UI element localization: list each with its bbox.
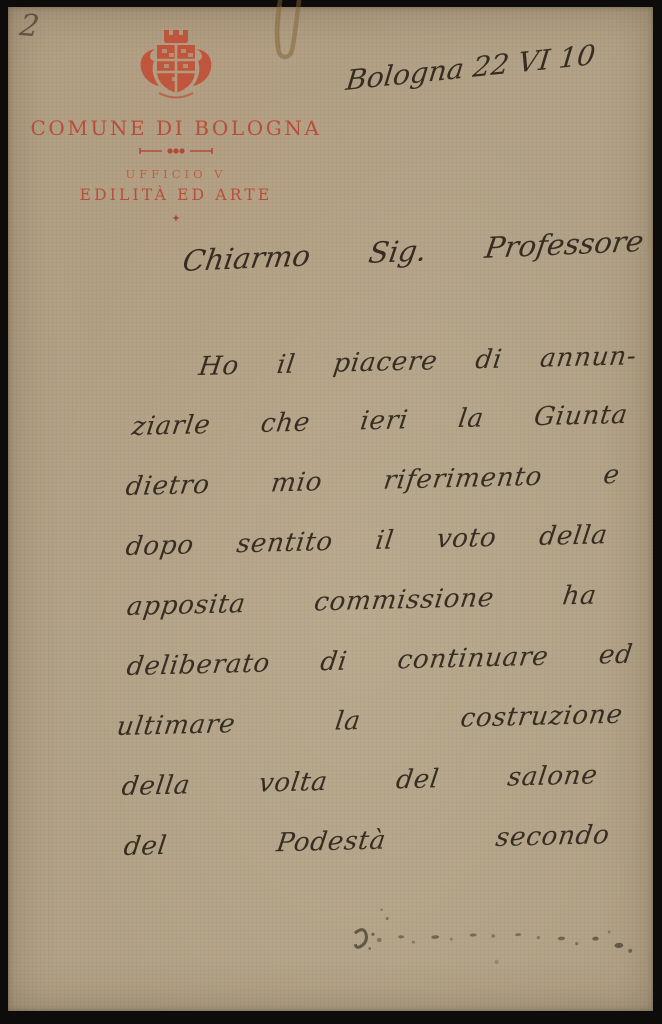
divider-ornament-icon xyxy=(138,145,214,157)
letterhead-footer-ornament: ✦ xyxy=(30,212,322,225)
letterhead-office: UFFICIO V xyxy=(30,167,322,181)
paperclip-stain-icon xyxy=(266,0,312,70)
crest-scroll xyxy=(159,93,193,98)
letterhead-organization: COMUNE DI BOLOGNA xyxy=(30,116,322,140)
scanned-letter-page: 2 COMUNE DI BOLOGNA xyxy=(0,0,662,1024)
letter-paper xyxy=(8,7,653,1011)
bologna-coat-of-arms-icon xyxy=(131,27,221,112)
letterhead-department: EDILITÀ ED ARTE xyxy=(30,186,322,204)
